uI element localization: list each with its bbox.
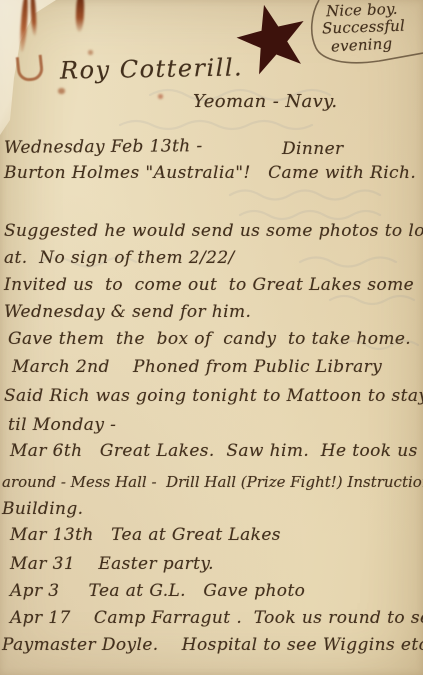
handwritten-line: Suggested he would send us some photos t… <box>4 222 423 241</box>
handwritten-line: at. No sign of them 2/22/ <box>4 249 235 268</box>
handwritten-line: Mar 6th Great Lakes. Saw him. He took us <box>10 442 418 461</box>
rust-speck <box>58 88 65 94</box>
corner-note-line: evening <box>331 35 393 55</box>
handwritten-line: Mar 13th Tea at Great Lakes <box>10 526 281 545</box>
rust-speck <box>88 50 93 55</box>
handwritten-line: Wednesday & send for him. <box>4 303 251 322</box>
scanned-diary-page: { "note": { "line1": "Nice boy.", "line2… <box>0 0 423 675</box>
entry-event-dinner: Dinner <box>282 140 344 159</box>
handwritten-line: Apr 17 Camp Farragut . Took us round to … <box>10 609 423 628</box>
corner-note-line: Successful <box>322 18 406 37</box>
handwritten-line: Apr 3 Tea at G.L. Gave photo <box>10 582 305 601</box>
handwritten-line: Mar 31 Easter party. <box>10 555 214 574</box>
handwritten-line: March 2nd Phoned from Public Library <box>12 358 382 377</box>
handwritten-line: Paymaster Doyle. Hospital to see Wiggins… <box>2 636 423 655</box>
rank-and-branch: Yeoman - Navy. <box>193 92 337 112</box>
handwritten-line: Said Rich was going tonight to Mattoon t… <box>4 387 423 406</box>
handwritten-line: around - Mess Hall - Drill Hall (Prize F… <box>2 474 423 491</box>
handwritten-line: til Monday - <box>8 416 116 435</box>
person-name: Roy Cotterill. <box>60 54 244 84</box>
rust-speck <box>158 94 163 99</box>
handwritten-line: Invited us to come out to Great Lakes so… <box>4 276 414 295</box>
entry-date-feb13: Wednesday Feb 13th - <box>4 137 203 157</box>
handwritten-line: Building. <box>2 500 83 519</box>
handwritten-line: Burton Holmes "Australia"! Came with Ric… <box>4 164 416 183</box>
handwritten-line: Gave them the box of candy to take home. <box>8 330 411 349</box>
